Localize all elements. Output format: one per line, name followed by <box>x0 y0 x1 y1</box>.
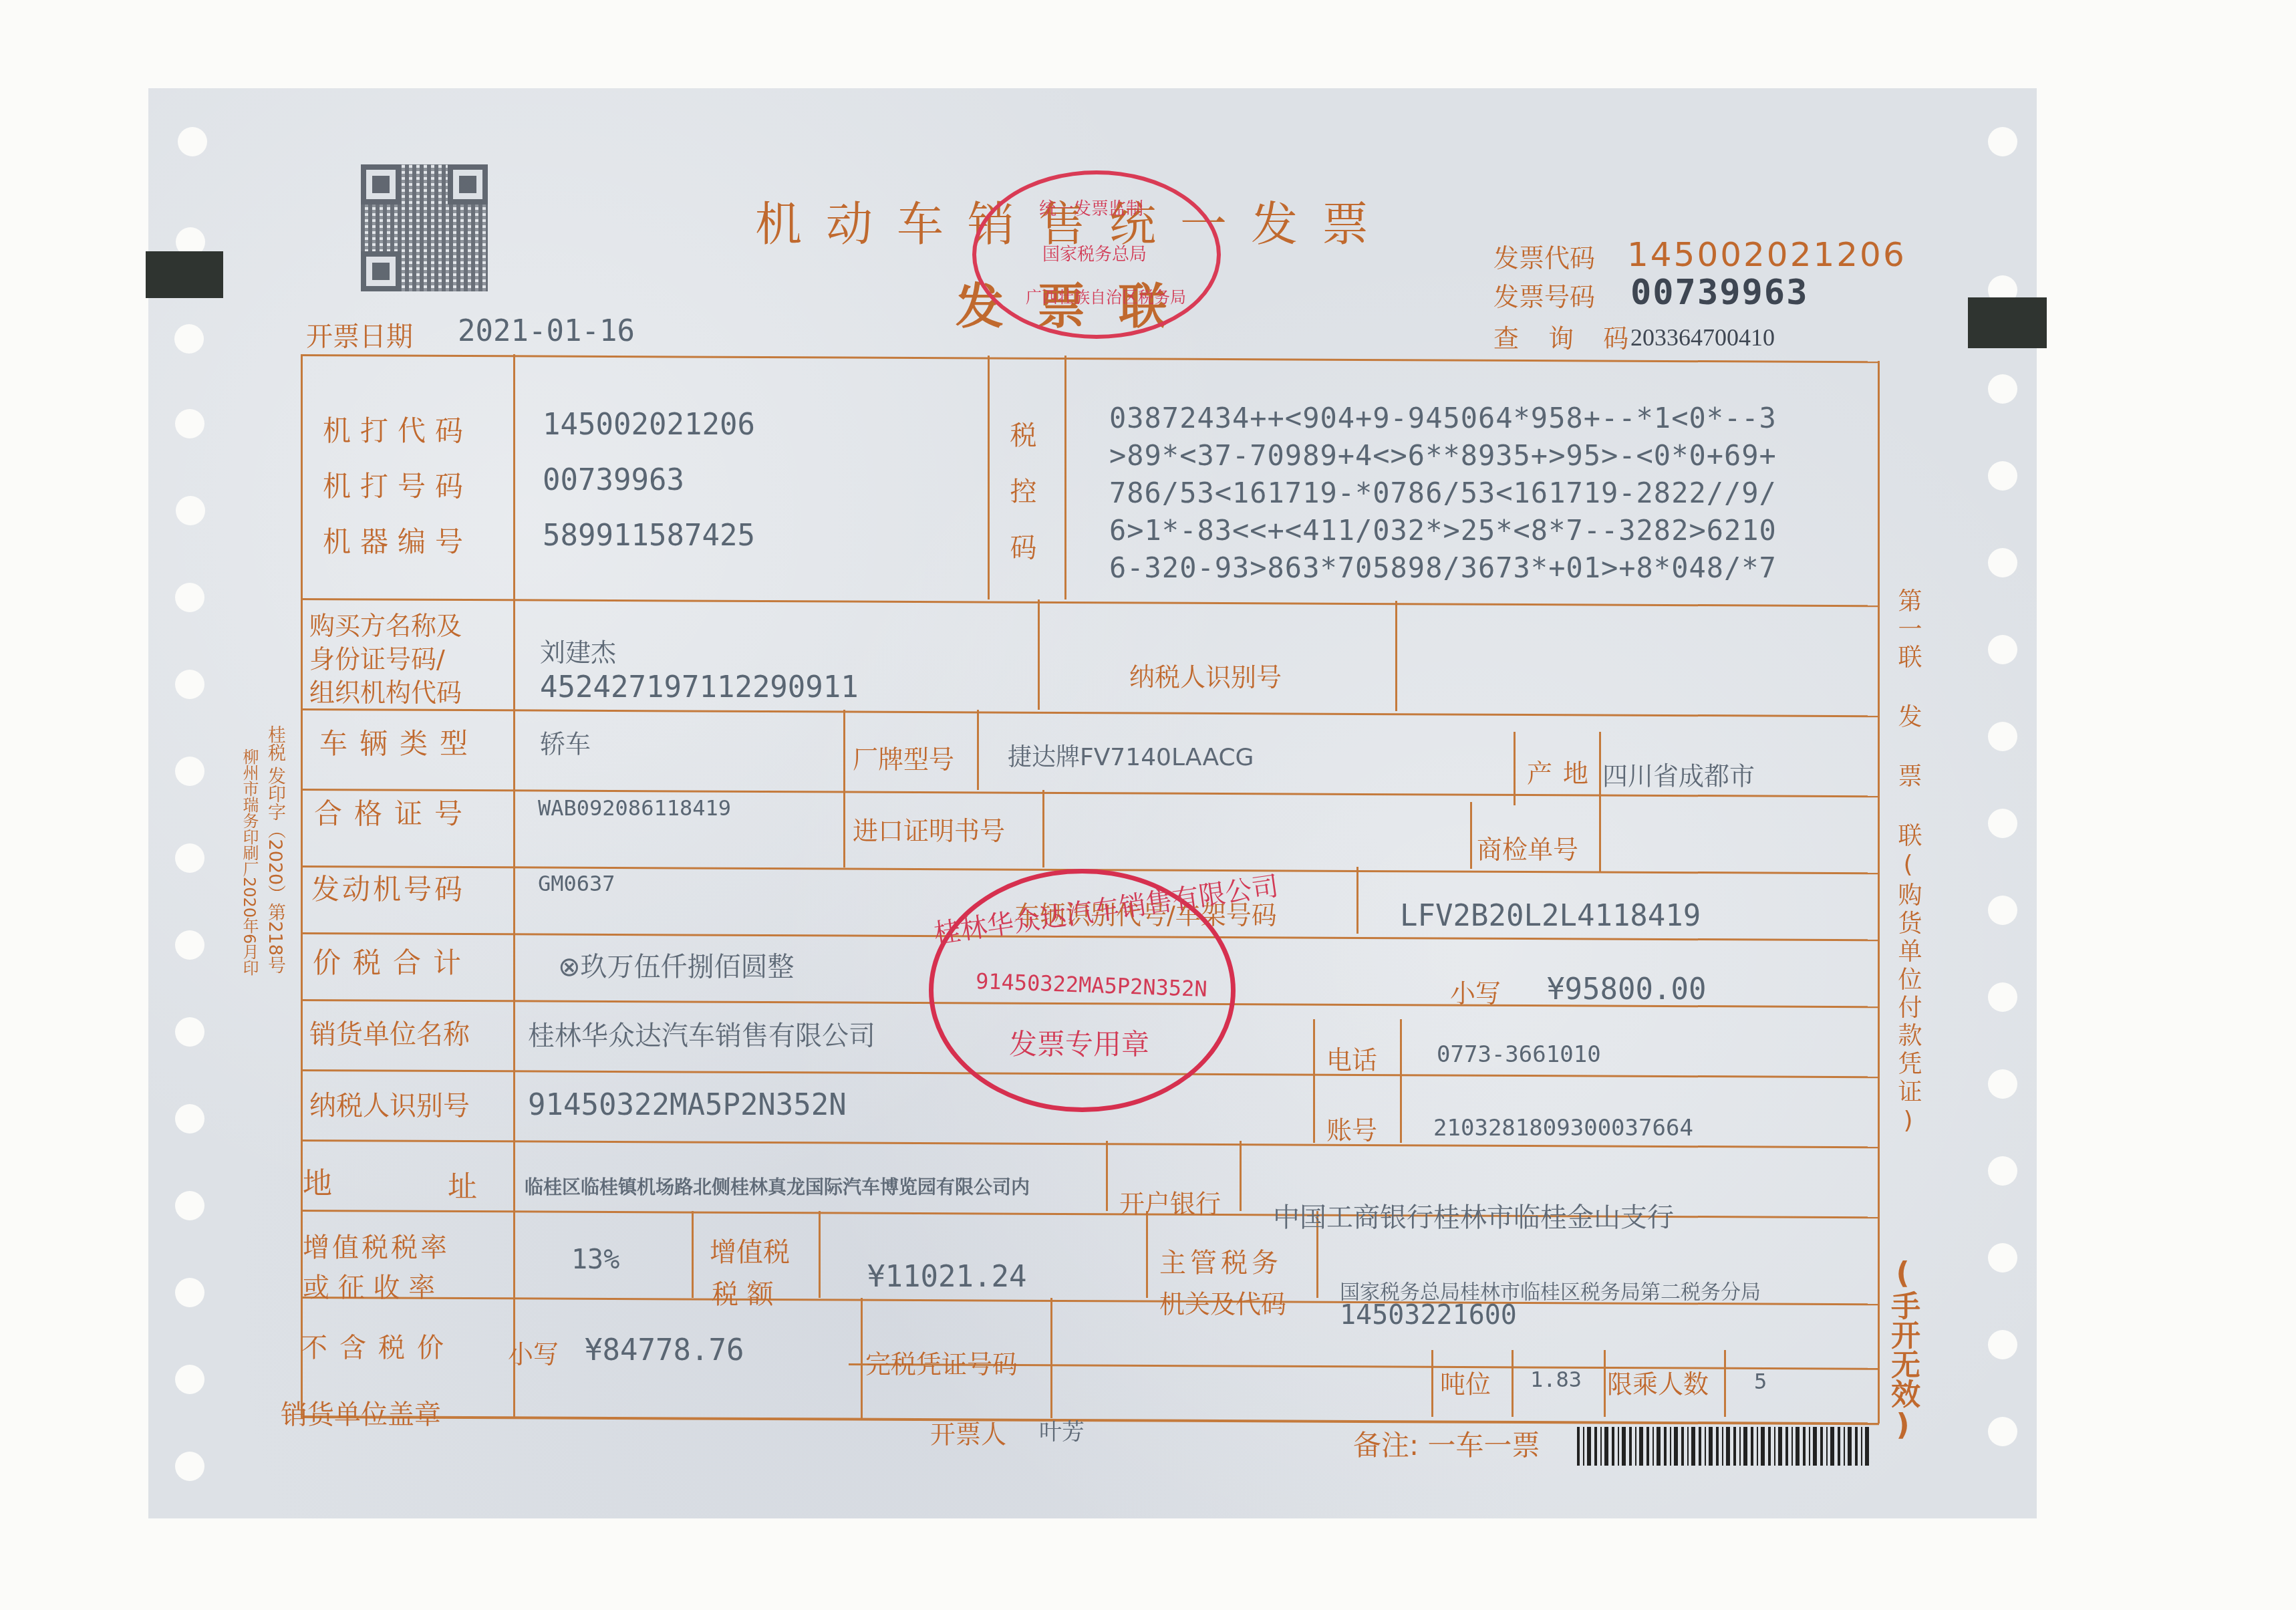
col-line <box>1470 802 1472 869</box>
invoice-number-label: 发票号码 <box>1493 276 1595 313</box>
total-label: 价税合计 <box>313 941 473 981</box>
bank-label: 开户银行 <box>1119 1183 1221 1220</box>
buyer-name: 刘建杰 <box>540 632 616 668</box>
buyer-label: 购买方名称及 <box>309 605 462 642</box>
black-mark <box>146 251 223 298</box>
seal-text: 广西壮族自治区税务局 <box>1026 284 1186 307</box>
machine-code-label: 机打代码 <box>323 409 472 449</box>
buyer-id: 452427197112290911 <box>540 670 859 704</box>
issue-date: 2021-01-16 <box>458 314 635 348</box>
feed-hole <box>1988 374 2017 404</box>
buyer-taxpayer-id-label: 纳税人识别号 <box>1129 656 1282 693</box>
printer-info: 柳州市瑞务印刷厂2020年6月印 <box>238 749 261 976</box>
feed-hole <box>175 1452 204 1481</box>
engine-label: 发动机号码 <box>311 867 465 908</box>
printer-permit: 桂税 发印字（2020）第218号 <box>262 725 288 974</box>
tax-control-line: 03872434++<904+9-945064*958+--*1<0*--3 <box>1109 400 1777 437</box>
col-line <box>1064 356 1066 599</box>
table-border <box>1878 361 1880 1424</box>
feed-hole <box>1988 1330 2017 1359</box>
feed-hole <box>175 1278 204 1307</box>
col-line <box>1599 732 1601 872</box>
col-line <box>1514 732 1516 805</box>
feed-hole <box>175 1104 204 1133</box>
col-line <box>1512 1350 1514 1417</box>
copy-type-label: 第一联 发 票 联(购货单位付款凭证) <box>1891 588 1925 1138</box>
seats-label: 限乘人数 <box>1607 1363 1709 1400</box>
seller-address: 临桂区临桂镇机场路北侧桂林真龙国际汽车博览园有限公司内 <box>525 1173 1030 1200</box>
tax-control-line: 6-320-93>863*705898/3673*+01>+8*048/*7 <box>1109 549 1777 587</box>
query-code-label: 查 询 码 <box>1493 317 1639 354</box>
phone-label: 电话 <box>1326 1039 1377 1076</box>
feed-hole <box>1988 461 2017 491</box>
invoice-code: 145002021206 <box>1627 235 1906 274</box>
buyer-label: 组织机构代码 <box>309 672 462 708</box>
drawer-label: 开票人 <box>930 1414 1006 1450</box>
feed-hole <box>175 583 204 612</box>
manual-invalid-note: (手开无效) <box>1881 1256 1924 1442</box>
tax-rate-label: 增值税税率 <box>303 1226 450 1264</box>
seller-phone: 0773-3661010 <box>1437 1041 1601 1068</box>
duty-paid-label: 完税凭证号码 <box>865 1343 1018 1380</box>
col-line <box>843 710 845 867</box>
feed-hole <box>175 1191 204 1220</box>
feed-hole <box>174 324 204 354</box>
pretax-amount: ¥84778.76 <box>585 1333 744 1367</box>
total-in-words: ⊗玖万伍仟捌佰圆整 <box>558 946 795 984</box>
feed-hole <box>175 670 204 699</box>
feed-hole <box>175 1017 204 1047</box>
col-line <box>1604 1350 1606 1417</box>
tonnage-label: 吨位 <box>1440 1363 1491 1400</box>
tax-authority-code: 14503221600 <box>1340 1300 1517 1331</box>
tax-control-line: >89*<37-70989+4<>6**8935+>95>-<0*0+69+ <box>1109 437 1777 475</box>
brand-model: 捷达牌FV7140LAACG <box>1008 739 1254 773</box>
seal-text: 统一发票监制 <box>1039 195 1143 220</box>
feed-hole <box>1988 982 2017 1012</box>
feed-hole <box>1988 635 2017 664</box>
certificate-number: WAB092086118419 <box>538 795 731 821</box>
invoice-number: 00739963 <box>1630 273 1808 313</box>
feed-hole <box>175 930 204 960</box>
address-label: 地 <box>303 1160 332 1202</box>
col-line <box>819 1211 821 1298</box>
remark: 备注: 一车一票 <box>1353 1424 1540 1464</box>
seller-taxpayer-id-label: 纳税人识别号 <box>309 1085 470 1123</box>
seller-name: 桂林华众达汽车销售有限公司 <box>528 1015 875 1053</box>
total-small-label: 小写 <box>1450 972 1501 1009</box>
feed-hole <box>1988 1156 2017 1186</box>
tax-amount-label: 增值税 <box>710 1231 790 1269</box>
origin: 四川省成都市 <box>1602 755 1755 792</box>
brand-model-label: 厂牌型号 <box>853 739 954 775</box>
col-line <box>1356 867 1358 934</box>
issue-date-label: 开票日期 <box>306 315 413 354</box>
col-line <box>988 356 990 599</box>
tax-amount: ¥11021.24 <box>867 1260 1026 1294</box>
tonnage: 1.83 <box>1530 1367 1582 1392</box>
pretax-small-label: 小写 <box>508 1333 559 1370</box>
col-line <box>1431 1350 1433 1417</box>
col-line <box>1038 599 1040 710</box>
feed-hole <box>1988 1069 2017 1099</box>
certificate-label: 合格证号 <box>314 792 474 832</box>
vehicle-type-label: 车辆类型 <box>319 722 480 762</box>
col-line <box>1146 1211 1148 1298</box>
black-mark <box>1968 297 2047 348</box>
feed-hole <box>1988 548 2017 577</box>
col-line <box>1395 601 1397 711</box>
barcode-icon <box>1577 1427 1871 1466</box>
feed-hole <box>175 409 204 438</box>
buyer-label: 身份证号码/ <box>309 638 445 675</box>
feed-hole <box>175 843 204 873</box>
seller-seal-label: 销货单位盖章 <box>281 1393 441 1432</box>
col-line <box>1050 1298 1052 1418</box>
tax-control-line: 786/53<161719-*0786/53<161719-2822//9/ <box>1109 475 1777 512</box>
col-line <box>861 1298 863 1418</box>
feed-hole <box>175 1365 204 1394</box>
tax-control-label: 税控码 <box>1002 421 1040 589</box>
origin-label: 产地 <box>1527 753 1599 789</box>
account-label: 账号 <box>1326 1109 1377 1146</box>
tax-authority-label: 机关及代码 <box>1159 1283 1286 1320</box>
machine-device-label: 机器编号 <box>323 520 472 560</box>
feed-hole <box>1988 1243 2017 1272</box>
feed-hole <box>176 496 205 525</box>
address-label: 址 <box>448 1163 477 1206</box>
inspection-label: 商检单号 <box>1477 829 1578 865</box>
engine-number: GM0637 <box>538 871 615 896</box>
tax-control-code: 03872434++<904+9-945064*958+--*1<0*--3>8… <box>1109 400 1777 587</box>
machine-code: 145002021206 <box>543 408 755 442</box>
feed-hole <box>1988 722 2017 751</box>
import-cert-label: 进口证明书号 <box>853 810 1005 847</box>
qr-code-icon <box>361 164 488 291</box>
stamp-purpose: 发票专用章 <box>1009 1023 1149 1063</box>
col-line <box>1240 1141 1242 1211</box>
machine-number-label: 机打号码 <box>323 464 472 505</box>
seal-text: 国家税务总局 <box>1042 241 1147 265</box>
vin: LFV2B20L2L4118419 <box>1400 899 1701 933</box>
feed-hole <box>175 757 204 786</box>
feed-hole <box>1988 127 2017 156</box>
feed-hole <box>1988 896 2017 925</box>
col-line <box>513 354 515 1417</box>
col-line <box>1313 1019 1315 1143</box>
feed-hole <box>1988 809 2017 838</box>
seller-bank: 中国工商银行桂林市临桂金山支行 <box>1273 1196 1674 1234</box>
tax-rate: 13% <box>571 1244 619 1275</box>
vehicle-type: 轿车 <box>540 723 591 760</box>
invoice-code-label: 发票代码 <box>1493 237 1595 274</box>
pretax-label: 不含税价 <box>301 1327 456 1365</box>
tax-control-line: 6>1*-83<<+<411/032*>25*<8*7--3282>6210 <box>1109 512 1777 549</box>
col-line <box>1724 1350 1726 1417</box>
col-line <box>977 710 979 790</box>
machine-number: 00739963 <box>543 463 684 497</box>
tax-authority-label: 主管税务 <box>1159 1242 1282 1280</box>
feed-hole <box>178 127 207 156</box>
machine-device-number: 589911587425 <box>543 519 755 553</box>
feed-hole <box>1988 1417 2017 1446</box>
col-line <box>1400 1019 1402 1143</box>
col-line <box>1042 790 1044 867</box>
col-line <box>1106 1141 1108 1211</box>
seller-name-label: 销货单位名称 <box>309 1013 470 1051</box>
seller-taxpayer-id: 91450322MA5P2N352N <box>528 1088 847 1122</box>
seller-account: 2103281809300037664 <box>1433 1115 1693 1142</box>
col-line <box>692 1211 694 1298</box>
seats: 5 <box>1754 1369 1767 1394</box>
tax-amount-label: 税 额 <box>712 1273 774 1311</box>
drawer-name: 叶芳 <box>1039 1414 1085 1446</box>
query-code: 203364700410 <box>1630 323 1775 352</box>
total-amount: ¥95800.00 <box>1547 972 1706 1007</box>
tax-rate-label: 或 征 收 率 <box>303 1266 435 1305</box>
